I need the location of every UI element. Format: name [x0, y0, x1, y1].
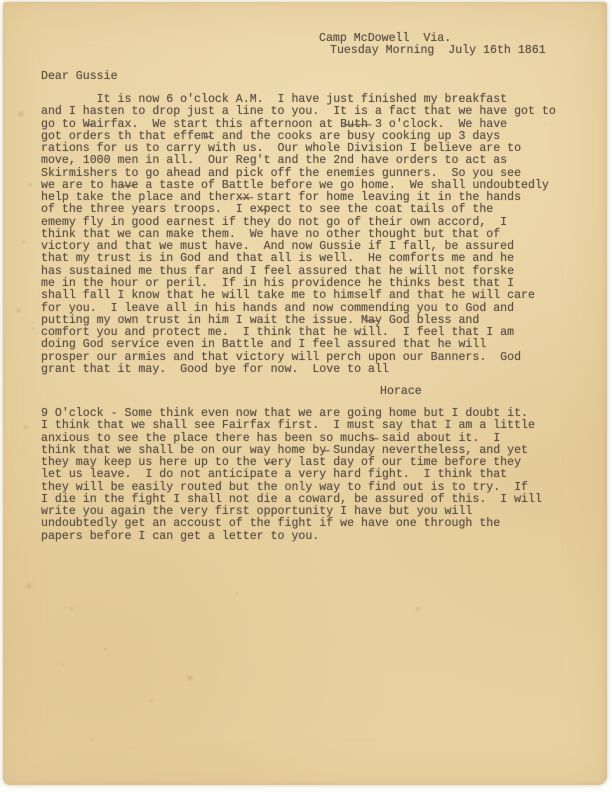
- letter-paper: Camp McDowell Via. Tuesday Morning July …: [3, 2, 607, 785]
- letter-signature: Horace: [380, 386, 422, 398]
- typed-line: let us leave. I do not anticipate a very…: [41, 469, 542, 481]
- foxing-spot: [61, 662, 65, 666]
- typed-line: shall fall I know that he will take me t…: [41, 290, 556, 302]
- typed-line: go to W̶airfax. We start this afternoon …: [41, 119, 556, 131]
- foxing-spot: [149, 698, 154, 703]
- foxing-spot: [27, 182, 33, 188]
- typed-line: papers before I can get a letter to you.: [41, 531, 542, 543]
- typed-line: and I hasten to drop just a line to you.…: [41, 106, 556, 118]
- typed-line: doing God service even in Battle and I f…: [41, 339, 556, 351]
- foxing-spot: [17, 110, 25, 118]
- typed-line: move, 1000 men in all. Our Reg't and the…: [41, 155, 556, 167]
- foxing-spot: [69, 606, 74, 611]
- typed-line: undoubtedly get an accoust of the fight …: [41, 518, 542, 530]
- typed-line: grant that it may. Good bye for now. Lov…: [41, 364, 556, 376]
- foxing-spot: [25, 582, 33, 590]
- typed-line: that my trust is in God and that all is …: [41, 253, 556, 265]
- letter-body-paragraph-2: 9 O'clock - Some think even now that we …: [41, 408, 542, 543]
- typed-line: for you. I leave all in his hands and no…: [41, 303, 556, 315]
- letter-heading-date: Tuesday Morning July 16th 1861: [330, 45, 546, 57]
- foxing-spot: [186, 674, 194, 682]
- foxing-spot: [235, 592, 239, 596]
- scanned-page: Camp McDowell Via. Tuesday Morning July …: [0, 0, 612, 792]
- typed-line: prosper our armies and that victory will…: [41, 352, 556, 364]
- foxing-spot: [31, 326, 36, 331]
- letter-salutation: Dear Gussie: [41, 71, 118, 83]
- foxing-spot: [15, 307, 22, 314]
- foxing-spot: [23, 424, 29, 430]
- foxing-spot: [103, 647, 108, 652]
- foxing-spot: [21, 240, 26, 245]
- foxing-spot: [89, 737, 94, 742]
- typed-line: anxious to see the place there has been …: [41, 433, 542, 445]
- typed-line: I think that we shall see Fairfax first.…: [41, 420, 542, 432]
- foxing-spot: [415, 606, 421, 612]
- typed-line: of the three years troops. I ex̶pect to …: [41, 204, 556, 216]
- letter-body-paragraph-1: It is now 6 o'clock A.M. I have just fin…: [41, 94, 556, 376]
